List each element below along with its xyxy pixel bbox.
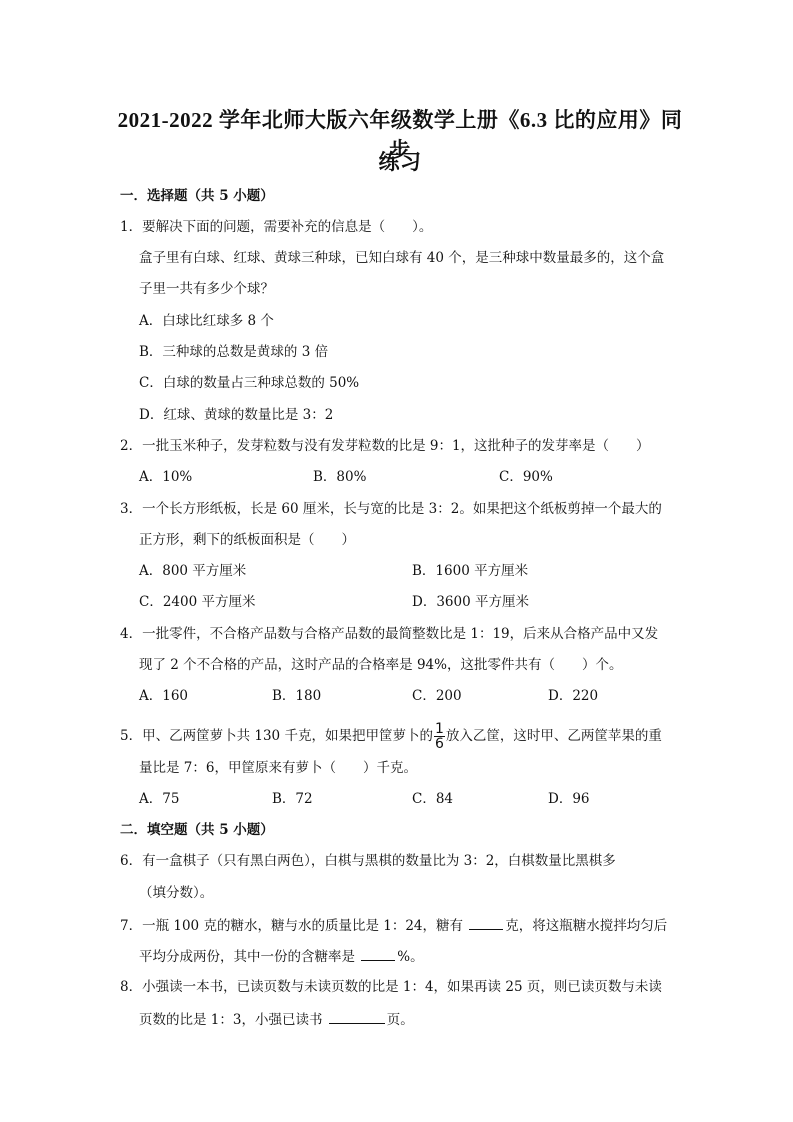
- question-7-part2: 克，将这瓶糖水搅拌均匀后: [505, 918, 667, 934]
- question-7-part3: 平均分成两份，其中一份的含糖率是: [139, 949, 355, 965]
- question-7-stem-line1: 7．一瓶 100 克的糖水，糖与水的质量比是 1：24，糖有 克，将这瓶糖水搅拌…: [120, 915, 667, 935]
- question-1-option-b: B．三种球的总数是黄球的 3 倍: [139, 343, 328, 361]
- question-8-part2: 页。: [387, 1012, 414, 1028]
- question-8-part1: 页数的比是 1：3，小强已读书: [139, 1012, 322, 1028]
- question-3-option-a: A．800 平方厘米: [139, 562, 246, 580]
- question-4-option-c: C．200: [412, 687, 462, 705]
- question-1-context-line1: 盒子里有白球、红球、黄球三种球，已知白球有 40 个，是三种球中数量最多的，这个…: [139, 249, 664, 267]
- question-7-part4: %。: [397, 949, 423, 965]
- question-7-part1: 7．一瓶 100 克的糖水，糖与水的质量比是 1：24，糖有: [120, 918, 463, 934]
- section-heading-fill-in: 二．填空题（共 5 小题）: [120, 821, 274, 839]
- question-4-option-a: A．160: [139, 687, 188, 705]
- question-5-option-a: A．75: [139, 790, 179, 808]
- question-1-context-line2: 子里一共有多少个球？: [139, 280, 274, 298]
- question-4-option-d: D．220: [548, 687, 598, 705]
- section-heading-multiple-choice: 一．选择题（共 5 小题）: [120, 187, 274, 205]
- question-5-stem-part2: 放入乙筐，这时甲、乙两筐苹果的重: [446, 728, 662, 744]
- question-8-stem-line1: 8．小强读一本书，已读页数与未读页数的比是 1：4，如果再读 25 页，则已读页…: [120, 978, 662, 996]
- question-3-stem-line1: 3．一个长方形纸板，长是 60 厘米，长与宽的比是 3：2。如果把这个纸板剪掉一…: [120, 500, 662, 518]
- question-5-stem-line1: 5．甲、乙两筐萝卜共 130 千克，如果把甲筐萝卜的16放入乙筐，这时甲、乙两筐…: [120, 722, 662, 751]
- question-5-option-b: B．72: [272, 790, 313, 808]
- answer-blank-pages-read[interactable]: [329, 1009, 385, 1024]
- answer-blank-sugar-rate[interactable]: [361, 946, 395, 961]
- question-1-stem: 1．要解决下面的问题，需要补充的信息是（ ）。: [120, 218, 432, 236]
- question-1-option-d: D．红球、黄球的数量比是 3：2: [139, 406, 333, 424]
- question-3-stem-line2: 正方形，剩下的纸板面积是（ ）: [139, 531, 355, 549]
- question-1-option-a: A．白球比红球多 8 个: [139, 312, 274, 330]
- worksheet-page: 2021-2022 学年北师大版六年级数学上册《6.3 比的应用》同步 练习 一…: [0, 0, 793, 1122]
- fraction-numerator: 1: [434, 722, 445, 737]
- question-6-stem-line1: 6．有一盒棋子（只有黑白两色），白棋与黑棋的数量比为 3：2，白棋数量比黑棋多: [120, 852, 616, 870]
- question-5-option-c: C．84: [412, 790, 453, 808]
- question-5-option-d: D．96: [548, 790, 590, 808]
- question-8-stem-line2: 页数的比是 1：3，小强已读书 页。: [139, 1009, 414, 1029]
- question-3-option-c: C．2400 平方厘米: [139, 593, 255, 611]
- question-5-stem-part1: 5．甲、乙两筐萝卜共 130 千克，如果把甲筐萝卜的: [120, 728, 433, 744]
- answer-blank-sugar-grams[interactable]: [469, 915, 503, 930]
- question-7-stem-line2: 平均分成两份，其中一份的含糖率是 %。: [139, 946, 424, 966]
- question-2-stem: 2．一批玉米种子，发芽粒数与没有发芽粒数的比是 9：1，这批种子的发芽率是（ ）: [120, 437, 650, 455]
- question-4-stem-line2: 现了 2 个不合格的产品，这时产品的合格率是 94%，这批零件共有（ ）个。: [139, 656, 622, 674]
- question-5-stem-line2: 量比是 7：6，甲筐原来有萝卜（ ）千克。: [139, 759, 417, 777]
- question-1-option-c: C．白球的数量占三种球总数的 50%: [139, 374, 359, 392]
- question-2-option-c: C．90%: [499, 468, 553, 486]
- question-2-option-a: A．10%: [139, 468, 192, 486]
- question-4-stem-line1: 4．一批零件，不合格产品数与合格产品数的最简整数比是 1：19，后来从合格产品中…: [120, 625, 658, 643]
- document-title-line2: 练习: [110, 146, 690, 176]
- question-3-option-d: D．3600 平方厘米: [412, 593, 529, 611]
- fraction-one-sixth: 16: [434, 722, 445, 751]
- question-6-stem-line2: （填分数）。: [139, 884, 213, 902]
- question-4-option-b: B．180: [272, 687, 321, 705]
- question-2-option-b: B．80%: [313, 468, 366, 486]
- fraction-denominator: 6: [434, 737, 445, 751]
- question-3-option-b: B．1600 平方厘米: [412, 562, 528, 580]
